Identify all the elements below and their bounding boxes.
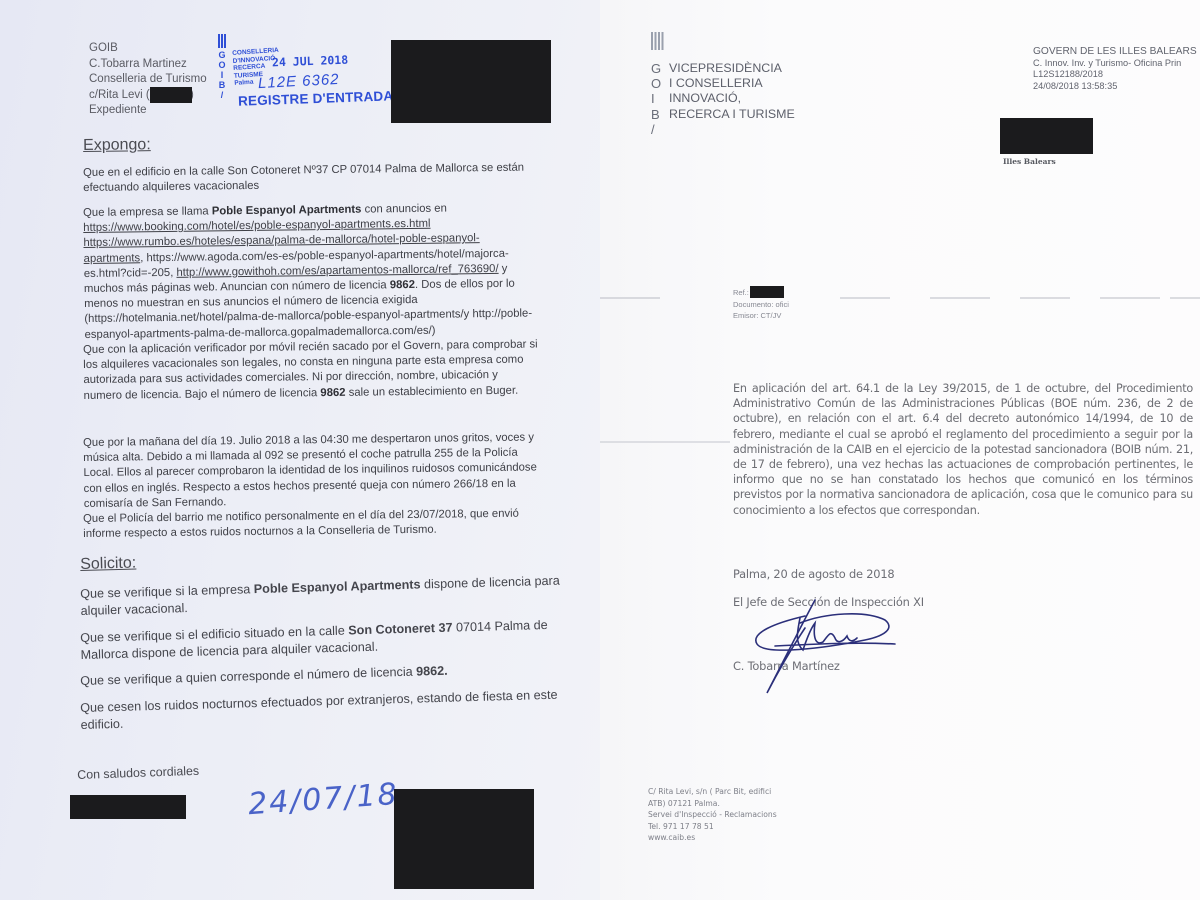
redacted-file-number <box>150 87 192 103</box>
request-item: Que cesen los ruidos nocturnos efectuado… <box>80 686 571 734</box>
redacted-signature <box>394 789 534 889</box>
sender-address-block: GOIB C.Tobarra Martinez Conselleria de T… <box>89 41 207 119</box>
gowithoh-link[interactable]: http://www.gowithoh.com/es/apartamentos-… <box>176 263 498 279</box>
expongo-paragraph: Que la empresa se llama Poble Espanyol A… <box>83 200 540 342</box>
closing-salutation: Con saludos cordiales <box>77 764 199 782</box>
booking-link[interactable]: https://www.booking.com/hotel/es/poble-e… <box>83 218 430 234</box>
stamp-date: 24 JUL 2018 <box>272 53 349 70</box>
complaint-letter-page: GOIB C.Tobarra Martinez Conselleria de T… <box>0 0 600 900</box>
stamp-entry-number: L12E 6362 <box>258 71 340 92</box>
expongo-paragraph: Que por la mañana del día 19. Julio 2018… <box>83 430 539 512</box>
sender-line: Expediente <box>89 103 207 119</box>
redacted-name <box>70 795 186 819</box>
request-item: Que se verifique a quien corresponde el … <box>80 659 570 690</box>
request-item: Que se verifique si el edificio situado … <box>80 616 571 664</box>
request-item: Que se verifique si la empresa Poble Esp… <box>80 572 571 620</box>
registry-exit-stamp: GOVERN DE LES ILLES BALEARS C. Innov. In… <box>1033 46 1197 92</box>
sender-line: GOIB <box>89 41 207 57</box>
redacted-reference <box>750 286 784 298</box>
handwritten-signature <box>745 598 915 698</box>
recipient-location: Illes Balears <box>1003 157 1056 166</box>
expongo-heading: Expongo: <box>83 136 151 155</box>
expongo-paragraph: Que el Policía del barrio me notifico pe… <box>83 506 538 542</box>
website-link[interactable]: www.caib.es <box>648 832 777 844</box>
response-body: En aplicación del art. 64.1 de la Ley 39… <box>733 381 1193 518</box>
redacted-block <box>391 40 551 123</box>
expongo-paragraph: Que con la aplicación verificador por mó… <box>83 337 539 403</box>
goib-stamp-logo-icon: GOIB/ <box>216 34 228 100</box>
expongo-paragraph: Que en el edificio en la calle Son Coton… <box>83 160 538 196</box>
solicito-heading: Solicito: <box>80 555 136 574</box>
footer-address: C/ Rita Levi, s/n ( Parc Bit, edifici AT… <box>648 786 777 844</box>
fold-line <box>600 296 1200 300</box>
place-and-date: Palma, 20 de agosto de 2018 <box>733 567 894 581</box>
department-header: GVICEPRESIDÈNCIA OI CONSELLERIA IINNOVAC… <box>651 61 795 137</box>
sender-line: Conselleria de Turismo <box>89 72 207 88</box>
handwritten-date: 24/07/18 <box>247 777 400 822</box>
goib-shield-icon <box>651 32 665 50</box>
redacted-recipient <box>1000 118 1093 154</box>
sender-line: C.Tobarra Martinez <box>89 57 207 73</box>
